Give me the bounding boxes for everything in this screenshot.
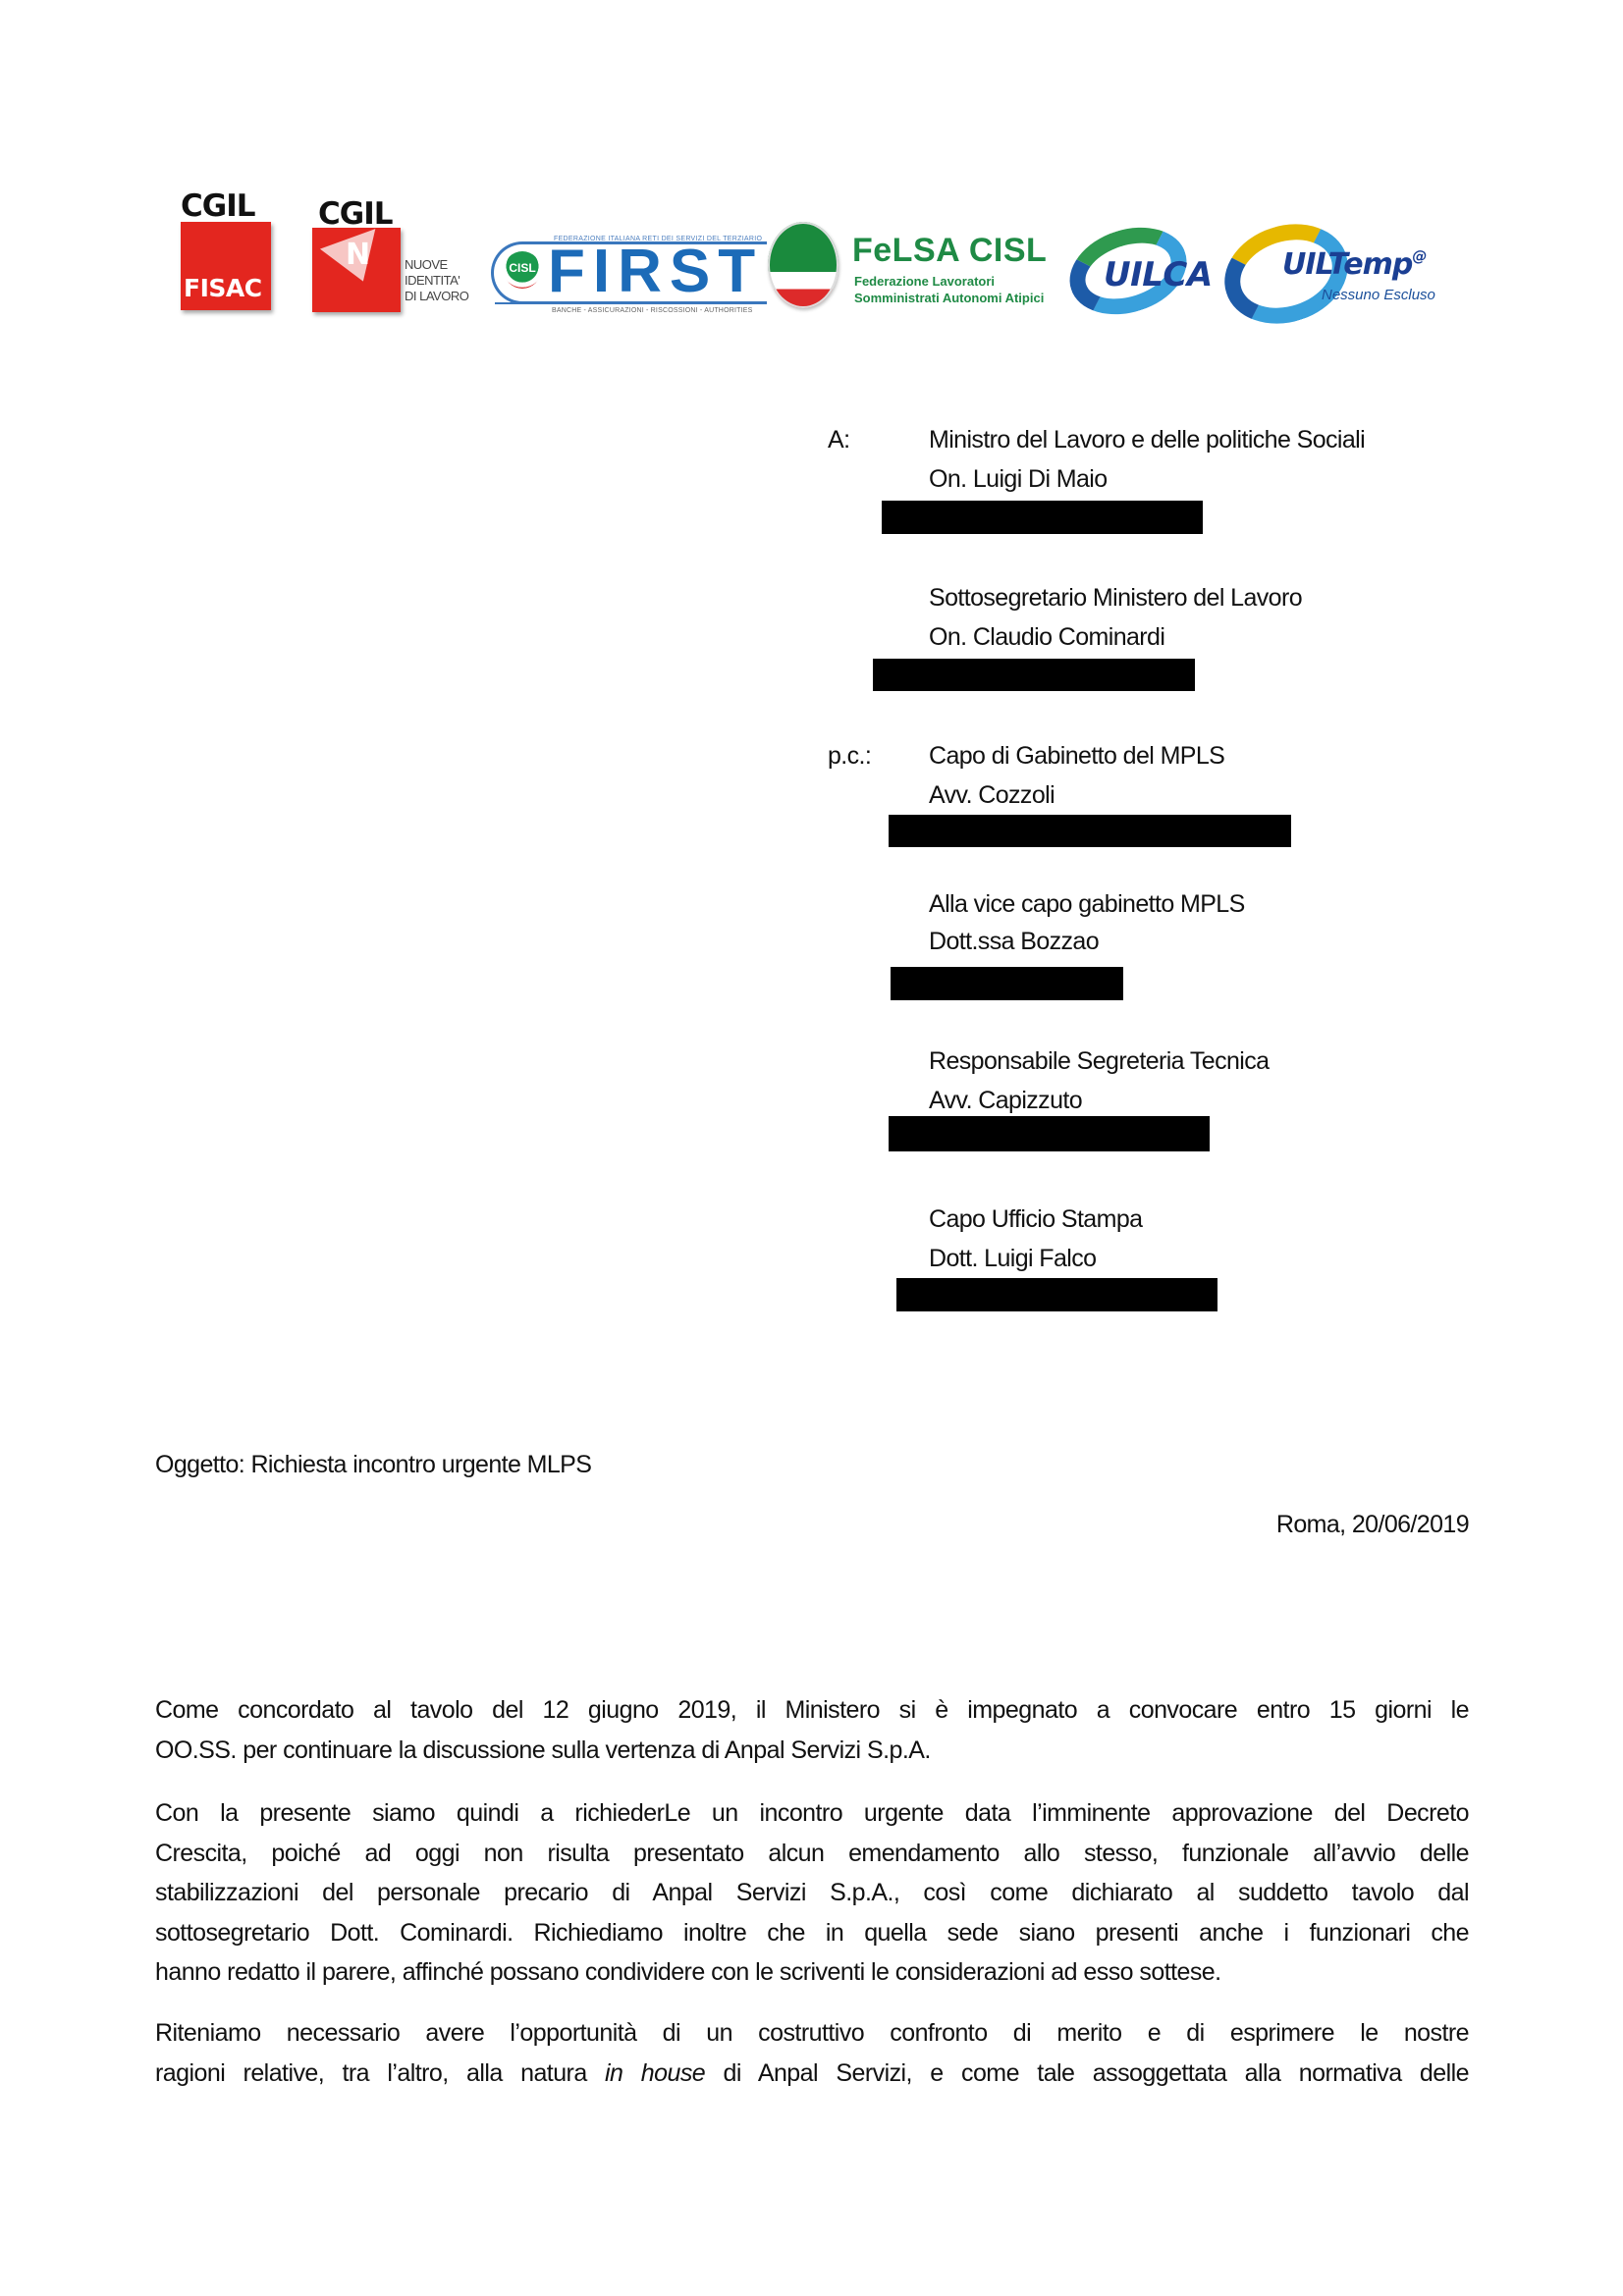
redaction-bar bbox=[891, 967, 1123, 1000]
uiltemp-at-icon: @ bbox=[1412, 247, 1426, 265]
recipient-title: Responsabile Segreteria Tecnica bbox=[929, 1041, 1269, 1081]
first-cisl-logo: Federazione Italiana Reti dei Servizi de… bbox=[491, 234, 768, 318]
recipient-title: Capo di Gabinetto del MPLS bbox=[929, 736, 1224, 775]
cc-label: p.c.: bbox=[828, 736, 871, 775]
to-label: A: bbox=[828, 420, 849, 459]
recipient-title: Ministro del Lavoro e delle politiche So… bbox=[929, 420, 1365, 459]
place-date: Roma, 20/06/2019 bbox=[1276, 1505, 1469, 1544]
redaction-bar bbox=[896, 1278, 1217, 1311]
body-line: OO.SS. per continuare la discussione sul… bbox=[155, 1731, 1469, 1771]
first-tagline-bottom: BANCHE - ASSICURAZIONI - RISCOSSIONI - A… bbox=[552, 307, 752, 314]
nidil-red-box: N bbox=[312, 228, 401, 312]
uilca-logo: UILCA bbox=[1068, 226, 1220, 316]
uiltemp-tagline: Nessuno Escluso bbox=[1322, 287, 1435, 303]
felsa-sub-line-1: Federazione Lavoratori bbox=[854, 273, 1044, 290]
felsa-sub-line-2: Somministrati Autonomi Atipici bbox=[854, 290, 1044, 306]
first-wordmark: FIRST bbox=[548, 241, 763, 302]
first-underline bbox=[495, 302, 764, 304]
recipient-name: Dott.ssa Bozzao bbox=[929, 922, 1099, 961]
nidil-line-2: IDENTITA' bbox=[405, 273, 468, 289]
recipient-name: Avv. Capizzuto bbox=[929, 1081, 1082, 1120]
recipient-title: Sottosegretario Ministero del Lavoro bbox=[929, 578, 1302, 617]
redaction-bar bbox=[873, 659, 1195, 691]
body-text: di Anpal Servizi, e come tale assoggetta… bbox=[705, 2059, 1469, 2087]
felsa-cisl-logo: FeLSA CISL Federazione Lavoratori Sommin… bbox=[768, 222, 1053, 312]
fisac-red-box: FISAC bbox=[181, 222, 271, 310]
subject-line: Oggetto: Richiesta incontro urgente MLPS bbox=[155, 1445, 591, 1484]
nidil-tagline: NUOVE IDENTITA' DI LAVORO bbox=[405, 257, 468, 304]
uiltemp-logo: UILTemp@ Nessuno Escluso bbox=[1223, 220, 1454, 318]
body-paragraph-3: Riteniamo necessario avere l’opportunità… bbox=[155, 2013, 1469, 2093]
body-paragraph-1: Come concordato al tavolo del 12 giugno … bbox=[155, 1690, 1469, 1770]
nidil-line-3: DI LAVORO bbox=[405, 289, 468, 304]
body-line: Come concordato al tavolo del 12 giugno … bbox=[155, 1690, 1469, 1731]
nidil-n-mark: N bbox=[346, 238, 370, 272]
recipient-name: On. Luigi Di Maio bbox=[929, 459, 1108, 499]
body-text: ragioni relative, tra l’altro, alla natu… bbox=[155, 2059, 605, 2087]
redaction-bar bbox=[889, 1116, 1210, 1151]
redaction-bar bbox=[882, 501, 1203, 534]
cisl-oval-emblem bbox=[768, 222, 839, 308]
body-line: sottosegretario Dott. Cominardi. Richied… bbox=[155, 1913, 1469, 1953]
cisl-label: CISL bbox=[509, 261, 535, 275]
recipient-name: Dott. Luigi Falco bbox=[929, 1239, 1096, 1278]
italic-term: in house bbox=[605, 2059, 705, 2087]
cgil-wordmark: CGIL bbox=[318, 196, 392, 232]
body-line: ragioni relative, tra l’altro, alla natu… bbox=[155, 2054, 1469, 2094]
felsa-subtitle: Federazione Lavoratori Somministrati Aut… bbox=[854, 273, 1044, 306]
uilca-wordmark: UILCA bbox=[1104, 255, 1213, 294]
recipient-name: Avv. Cozzoli bbox=[929, 775, 1055, 815]
body-paragraph-2: Con la presente siamo quindi a richieder… bbox=[155, 1793, 1469, 1993]
recipient-title: Capo Ufficio Stampa bbox=[929, 1200, 1142, 1239]
cgil-wordmark: CGIL bbox=[181, 188, 254, 224]
nidil-line-1: NUOVE bbox=[405, 257, 468, 273]
uiltemp-word: UILTemp bbox=[1282, 247, 1412, 282]
recipient-title: Alla vice capo gabinetto MPLS bbox=[929, 884, 1245, 924]
cgil-fisac-logo: CGIL FISAC bbox=[181, 188, 271, 312]
uiltemp-wordmark: UILTemp@ bbox=[1282, 247, 1426, 282]
redaction-bar bbox=[889, 815, 1291, 847]
body-line: stabilizzazioni del personale precario d… bbox=[155, 1873, 1469, 1913]
recipient-name: On. Claudio Cominardi bbox=[929, 617, 1164, 657]
body-line: Con la presente siamo quindi a richieder… bbox=[155, 1793, 1469, 1834]
cgil-nidil-logo: CGIL N NUOVE IDENTITA' DI LAVORO bbox=[312, 196, 494, 316]
felsa-title: FeLSA CISL bbox=[852, 232, 1047, 270]
body-line: hanno redatto il parere, affinché possan… bbox=[155, 1952, 1469, 1993]
body-line: Riteniamo necessario avere l’opportunità… bbox=[155, 2013, 1469, 2054]
fisac-label: FISAC bbox=[184, 274, 262, 302]
body-line: Crescita, poiché ad oggi non risulta pre… bbox=[155, 1834, 1469, 1874]
cisl-badge: CISL bbox=[504, 251, 541, 289]
